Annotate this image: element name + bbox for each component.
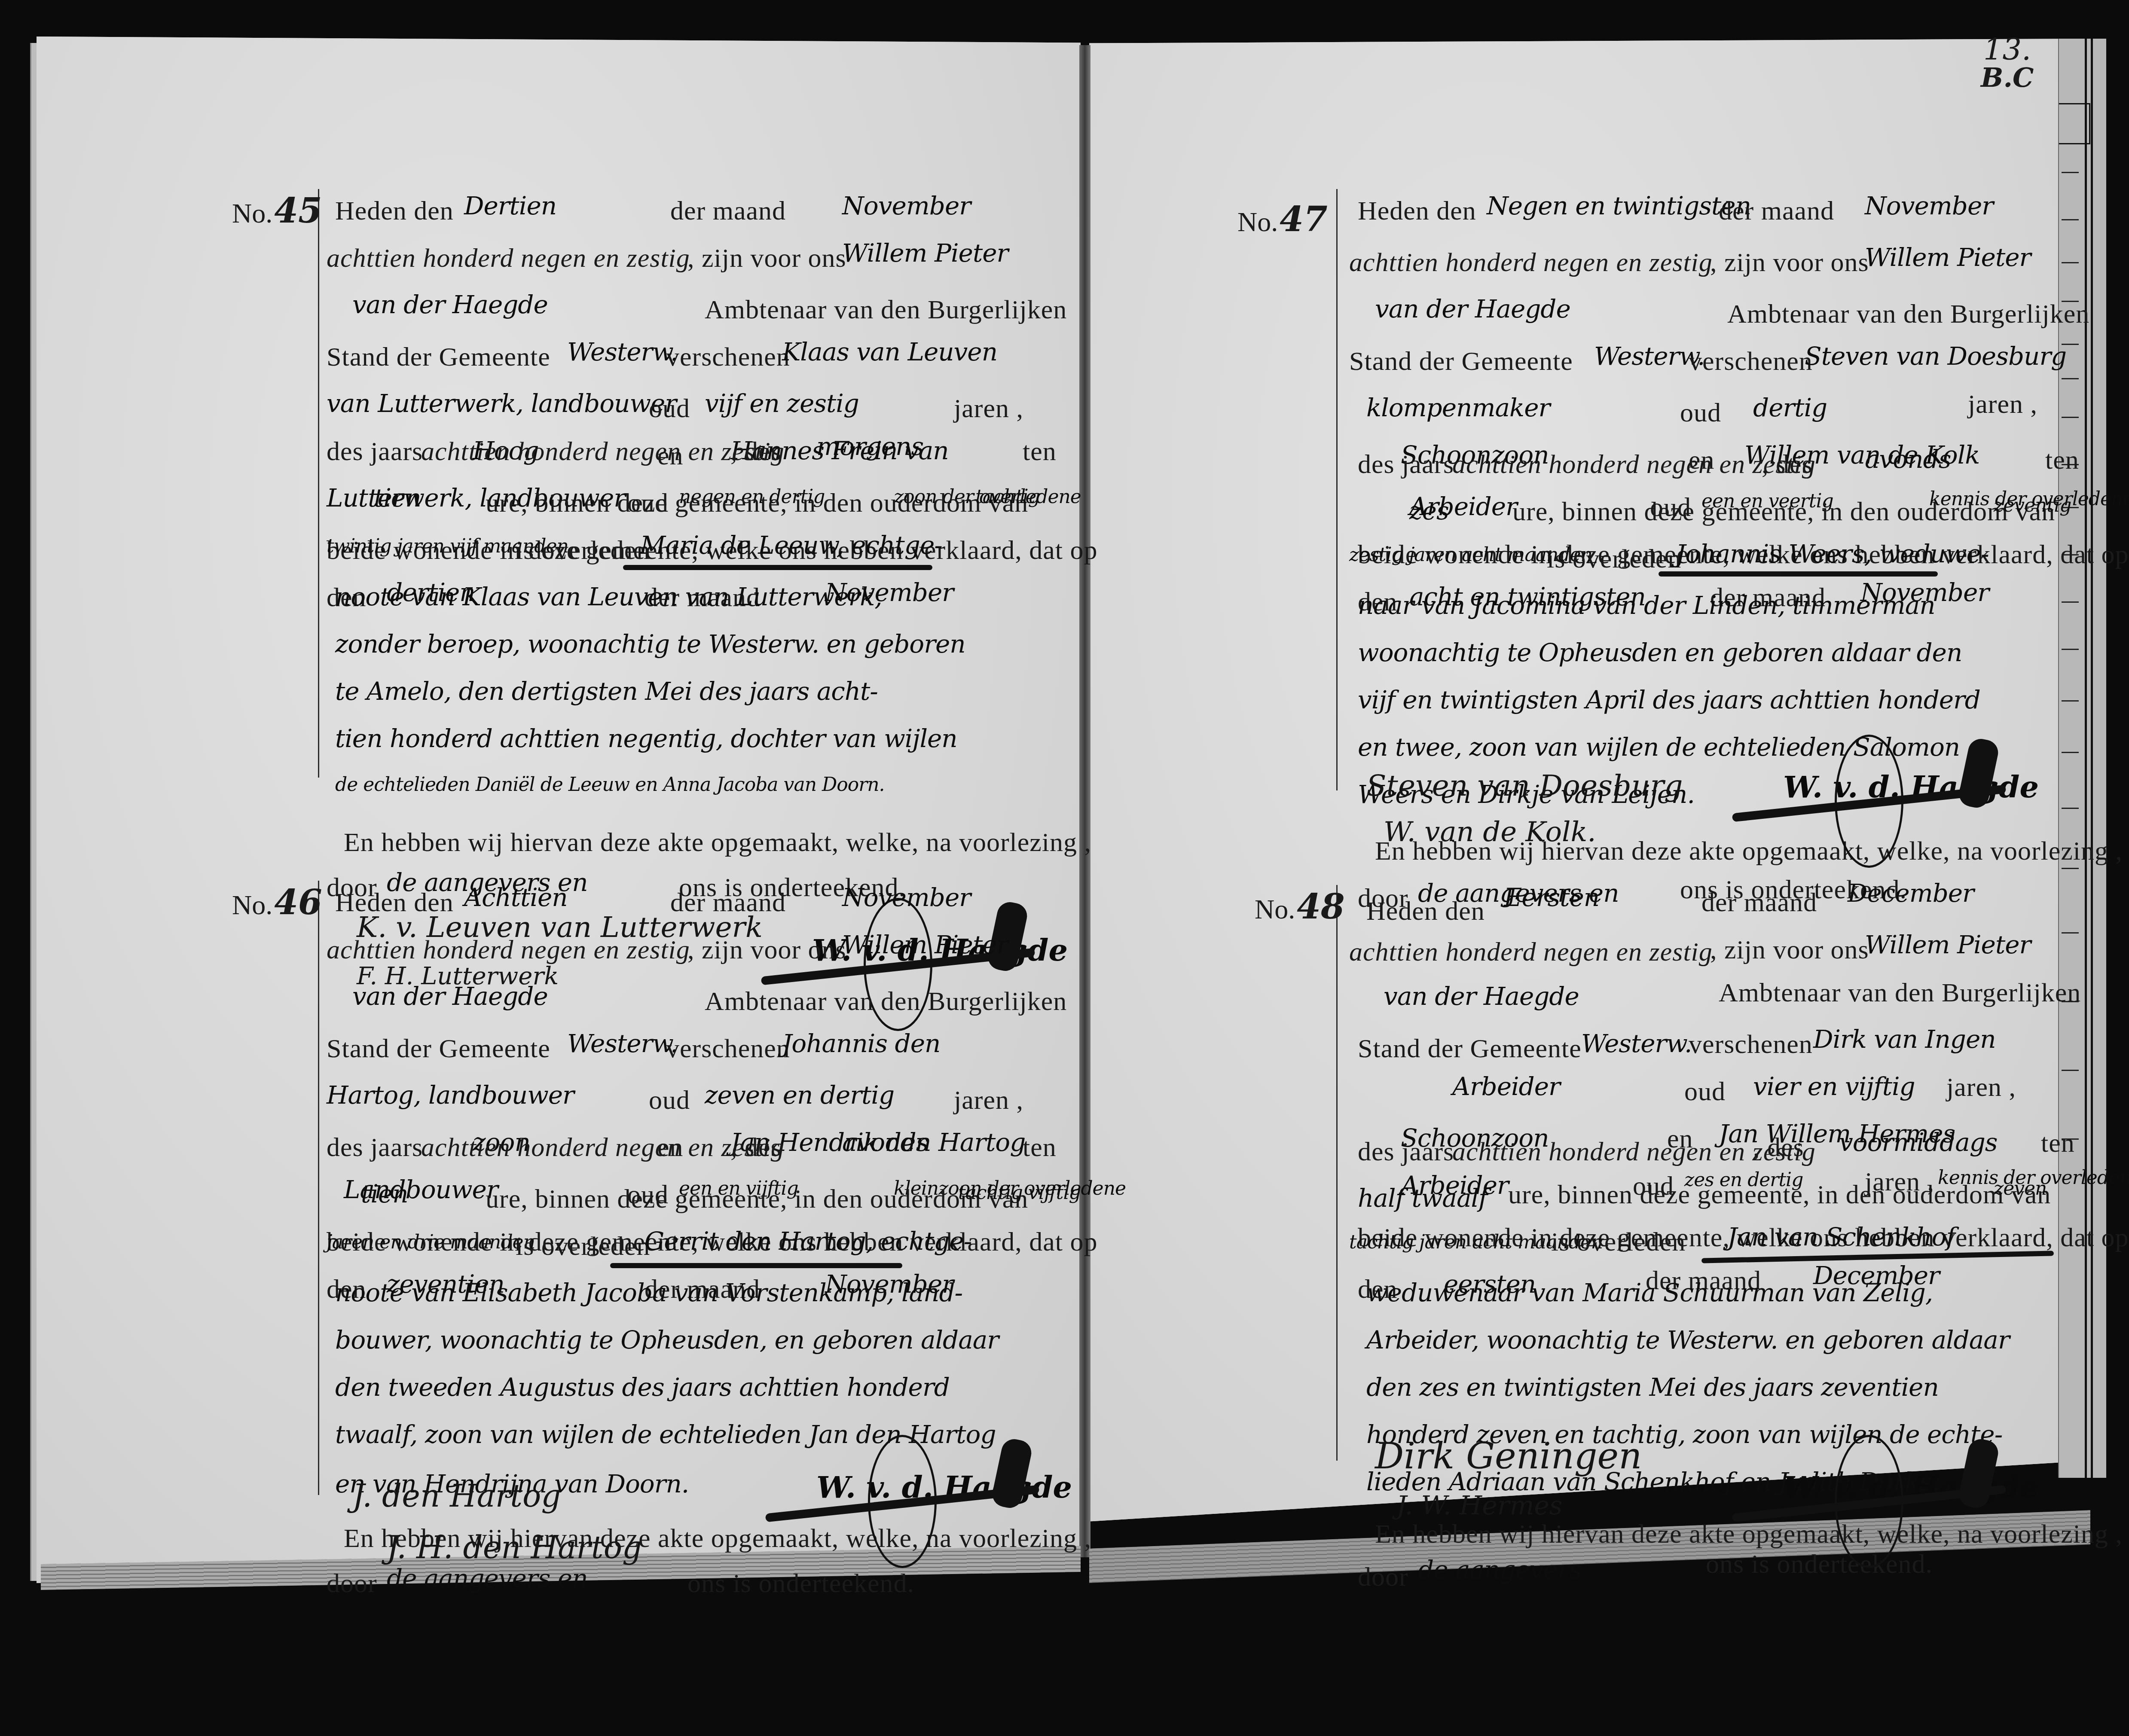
narrative-line: den zes en twintigsten Mei des jaars zev… xyxy=(1366,1375,1939,1400)
des-jaars-label: des jaars xyxy=(327,1134,423,1161)
death-hour: half twaalf xyxy=(1358,1186,1488,1211)
des-jaars-label: des jaars xyxy=(1358,451,1454,478)
time-of-day: voormiddags xyxy=(1839,1130,1998,1155)
municipality-value: Westerw. xyxy=(1594,344,1705,369)
des-jaars-label: des jaars xyxy=(327,438,423,465)
narrative-line: tien honderd achttien negentig, dochter … xyxy=(335,726,957,751)
deceased-name: Gerrit den Hartog, echtge- xyxy=(645,1229,971,1254)
no-label: No. xyxy=(232,198,272,229)
oud-label: oud xyxy=(649,1087,690,1114)
narrative-line: vijf en twintigsten April des jaars acht… xyxy=(1358,687,1980,712)
declarant-1-name: Dirk van Ingen xyxy=(1813,1027,1996,1052)
official-name-1: Willem Pieter xyxy=(1865,932,2031,957)
registrar-signature: W. v. d. Haegde xyxy=(816,1469,1072,1505)
narrative-line: woonachtig te Opheusden en geboren aldaa… xyxy=(1358,640,1962,665)
year-printed-2: achttien honderd negen en zestig xyxy=(421,1134,785,1161)
onderteekend-label: ons is onderteekend. xyxy=(687,1570,914,1597)
heden-den-label: Heden den xyxy=(335,889,454,916)
time-of-day: avonds xyxy=(1865,447,1951,472)
narrative-line: te Amelo, den dertigsten Mei des jaars a… xyxy=(335,679,878,704)
year-printed-2: achttien honderd negen en zestig xyxy=(421,438,785,465)
declarant-1-name: Steven van Doesburg xyxy=(1805,344,2066,369)
ure-binnen-text: ure, binnen deze gemeente, in den ouderd… xyxy=(1508,1181,2051,1208)
entry-number-value: 48 xyxy=(1297,886,1344,927)
deceased-underline xyxy=(1659,571,1938,577)
year-printed-2: achttien honderd negen en zestig xyxy=(1452,451,1816,478)
deceased-name: Johannis Weers, weduwe- xyxy=(1676,541,1988,566)
witness-signature: Steven van Doesburg xyxy=(1366,769,1683,803)
witness-signature: Dirk Geningen xyxy=(1375,1435,1642,1477)
narrative-line: zonder beroep, woonachtig te Westerw. en… xyxy=(335,632,965,656)
ledger-index-strip xyxy=(2058,39,2106,1478)
declarant-1-age: vijf en zestig xyxy=(705,391,859,416)
entry-number-value: 47 xyxy=(1280,199,1327,239)
door-label: door xyxy=(327,1570,377,1597)
jaren-label: jaren , xyxy=(1968,391,2037,418)
deceased-underline xyxy=(610,1263,902,1268)
left-margin-rule xyxy=(318,189,319,778)
witness-signature: J. H. den Hartog xyxy=(387,1529,642,1565)
stand-der-gemeente-label: Stand der Gemeente xyxy=(327,344,550,370)
page-mark: B.C xyxy=(1981,64,2034,91)
age-at-death-1: tachtig xyxy=(975,488,1040,506)
zijn-voor-ons-label: , zijn voor ons xyxy=(687,937,846,963)
year-printed: achttien honderd negen en zestig xyxy=(1349,249,1713,276)
registrar-signature: W. v. d. Haegde xyxy=(1783,1469,2039,1505)
age-at-death-1: tachtig vijftig xyxy=(958,1184,1081,1202)
is-overleden-label: is overleden xyxy=(516,1233,650,1260)
month-value: November xyxy=(842,885,971,910)
entry-number-value: 45 xyxy=(274,190,322,231)
door-label: door xyxy=(1358,1564,1408,1590)
official-name-2: van der Haegde xyxy=(1375,296,1570,321)
ambtenaar-label: Ambtenaar van den Burgerlijken xyxy=(705,988,1067,1015)
official-name-2: van der Haegde xyxy=(352,984,548,1009)
ambtenaar-label: Ambtenaar van den Burgerlijken xyxy=(705,296,1067,323)
entry-number: No.47 xyxy=(1237,202,1328,236)
entry-number-value: 46 xyxy=(274,882,322,922)
deceased-name: Maria de Leeuw, echtge- xyxy=(640,533,942,558)
des-label: , des xyxy=(730,1134,782,1161)
month-value: December xyxy=(1848,881,1974,906)
day-value: Negen en twintigsten xyxy=(1487,193,1751,218)
ure-binnen-text: ure, binnen deze gemeente, in den ouderd… xyxy=(1512,498,2055,525)
verschenen-label: verschenen xyxy=(1689,348,1813,375)
entry-number: No.48 xyxy=(1255,889,1345,924)
stand-der-gemeente-label: Stand der Gemeente xyxy=(1349,348,1573,375)
month-value: November xyxy=(842,193,971,218)
entry-number: No.46 xyxy=(232,885,322,919)
day-value: Eersten xyxy=(1504,885,1599,910)
des-label: , des xyxy=(730,438,782,465)
der-maand-label: der maand xyxy=(1719,198,1834,224)
death-hour: zes xyxy=(1409,498,1449,523)
der-maand-label: der maand xyxy=(670,198,786,224)
ten-label: ten xyxy=(2045,447,2079,473)
en-hebben-text: En hebben wij hiervan deze akte opgemaak… xyxy=(1375,1521,2123,1547)
ten-label: ten xyxy=(1023,1134,1057,1161)
der-maand-label: der maand xyxy=(670,889,786,916)
age-at-death-1: zeventig xyxy=(1994,496,2071,515)
narrative-line: noote van Elisabeth Jacoba van Vorstenka… xyxy=(335,1280,962,1305)
ten-label: ten xyxy=(1023,438,1057,465)
des-label: , des xyxy=(1762,451,1813,478)
ten-label: ten xyxy=(2041,1130,2075,1156)
no-label: No. xyxy=(1255,894,1295,924)
day-value: Dertien xyxy=(464,193,556,218)
time-of-day: morgens xyxy=(816,434,923,459)
right-margin-rule xyxy=(1336,189,1338,790)
municipality-value: Westerw. xyxy=(1581,1031,1692,1056)
day-value: Achttien xyxy=(464,885,568,910)
jaren-label: jaren , xyxy=(1946,1074,2016,1101)
verschenen-label: verschenen xyxy=(666,344,790,370)
ambtenaar-label: Ambtenaar van den Burgerlijken xyxy=(1727,301,2089,327)
narrative-line: noote van Klaas van Leuven van Lutterwer… xyxy=(335,584,882,609)
declarant-1-name: Klaas van Leuven xyxy=(782,339,997,364)
door-value: de aangevers en xyxy=(387,1566,588,1591)
year-printed: achttien honderd negen en zestig xyxy=(1349,939,1713,965)
des-jaars-label: des jaars xyxy=(1358,1138,1454,1165)
heden-den-label: Heden den xyxy=(1358,198,1476,224)
der-maand-label: der maand xyxy=(1701,889,1817,916)
oud-label: oud xyxy=(1680,400,1721,426)
municipality-value: Westerw. xyxy=(567,339,678,364)
des-label: , des xyxy=(1753,1134,1804,1161)
narrative-line: den tweeden Augustus des jaars achttien … xyxy=(335,1375,950,1400)
deceased-underline xyxy=(623,565,932,570)
declarant-1-occupation: klompenmaker xyxy=(1366,395,1550,420)
year-printed: achttien honderd negen en zestig xyxy=(327,245,690,272)
oud-label: oud xyxy=(649,395,690,422)
declarant-1-occupation: Hartog, landbouwer xyxy=(327,1083,574,1108)
verschenen-label: verschenen xyxy=(666,1035,790,1062)
right-margin-rule-2 xyxy=(1336,885,1338,1461)
witness-signature: J. den Hartog xyxy=(352,1478,561,1514)
is-overleden-label: is overleden xyxy=(1551,1229,1686,1255)
onderteekend-label: ons is onderteekend. xyxy=(1706,1551,1933,1577)
heden-den-label: Heden den xyxy=(335,198,454,224)
zijn-voor-ons-label: , zijn voor ons xyxy=(687,245,846,272)
zijn-voor-ons-label: , zijn voor ons xyxy=(1710,249,1869,276)
narrative-line: Arbeider, woonachtig te Westerw. en gebo… xyxy=(1366,1327,2010,1352)
book-spine xyxy=(1079,45,1090,1557)
zijn-voor-ons-label: , zijn voor ons xyxy=(1710,937,1869,963)
left-margin-rule-2 xyxy=(318,881,319,1495)
ure-binnen-text: ure, binnen deze gemeente, in den ouderd… xyxy=(486,1186,1028,1212)
registrar-signature: W. v. d. Haegde xyxy=(1783,769,2039,805)
deceased-name: Jan van Schenkhof xyxy=(1727,1224,1955,1249)
official-name-2: van der Haegde xyxy=(352,292,548,317)
official-name-1: Willem Pieter xyxy=(1865,245,2031,270)
death-hour: tien xyxy=(374,485,421,510)
page-number: 13. B.C xyxy=(1981,34,2034,91)
en-hebben-text: En hebben wij hiervan deze akte opgemaak… xyxy=(344,829,1091,856)
witness-signature: J. W. Hermes xyxy=(1396,1491,1563,1521)
age-at-death-1: zeven xyxy=(1994,1179,2047,1198)
declarant-1-age: zeven en dertig xyxy=(705,1083,894,1108)
death-hour: tien xyxy=(361,1181,408,1206)
time-of-day: avonds xyxy=(842,1130,929,1155)
is-overleden-label: is overleden xyxy=(516,537,650,564)
official-name-2: van der Haegde xyxy=(1384,984,1579,1009)
municipality-value: Westerw. xyxy=(567,1031,678,1056)
verschenen-label: verschenen xyxy=(1689,1031,1813,1058)
oud-label: oud xyxy=(1684,1078,1726,1105)
declarant-1-age: vier en vijftig xyxy=(1753,1074,1915,1099)
declarant-1-occupation: van Lutterwerk, landbouwer xyxy=(327,391,676,416)
ure-binnen-text: ure, binnen deze gemeente, in den ouderd… xyxy=(486,490,1028,516)
declarant-1-age: dertig xyxy=(1753,395,1827,420)
stand-der-gemeente-label: Stand der Gemeente xyxy=(327,1035,550,1062)
declarant-1-name: Johannis den xyxy=(782,1031,940,1056)
year-printed: achttien honderd negen en zestig xyxy=(327,937,690,963)
stand-der-gemeente-label: Stand der Gemeente xyxy=(1358,1035,1582,1062)
narrative-line: naar van Jacomina van der Linden, timmer… xyxy=(1358,593,1935,618)
heden-den-label: Heden den xyxy=(1366,898,1485,924)
jaren-label: jaren , xyxy=(954,395,1023,422)
no-label: No. xyxy=(1237,207,1278,237)
age-at-death-2: jaren en drie maanden xyxy=(327,1233,535,1252)
month-value: November xyxy=(1865,193,1993,218)
narrative-line: weduwenaar van Maria Schuurman van Zelig… xyxy=(1366,1280,1933,1305)
entry-number: No.45 xyxy=(232,193,322,228)
door-value: de aangevers xyxy=(1418,1557,1581,1582)
witness-signature: W. van de Kolk. xyxy=(1384,816,1596,848)
official-name-1: Willem Pieter xyxy=(842,241,1008,265)
jaren-label: jaren , xyxy=(954,1087,1023,1114)
no-label: No. xyxy=(232,890,272,920)
narrative-line: bouwer, woonachtig te Opheusden, en gebo… xyxy=(335,1327,999,1352)
ambtenaar-label: Ambtenaar van den Burgerlijken xyxy=(1719,979,2081,1006)
declarant-1-occupation: Arbeider xyxy=(1452,1074,1560,1099)
is-overleden-label: is overleden xyxy=(1547,546,1681,572)
narrative-line: de echtelieden Daniël de Leeuw en Anna J… xyxy=(335,775,885,794)
official-name-1: Willem Pieter xyxy=(842,932,1008,957)
